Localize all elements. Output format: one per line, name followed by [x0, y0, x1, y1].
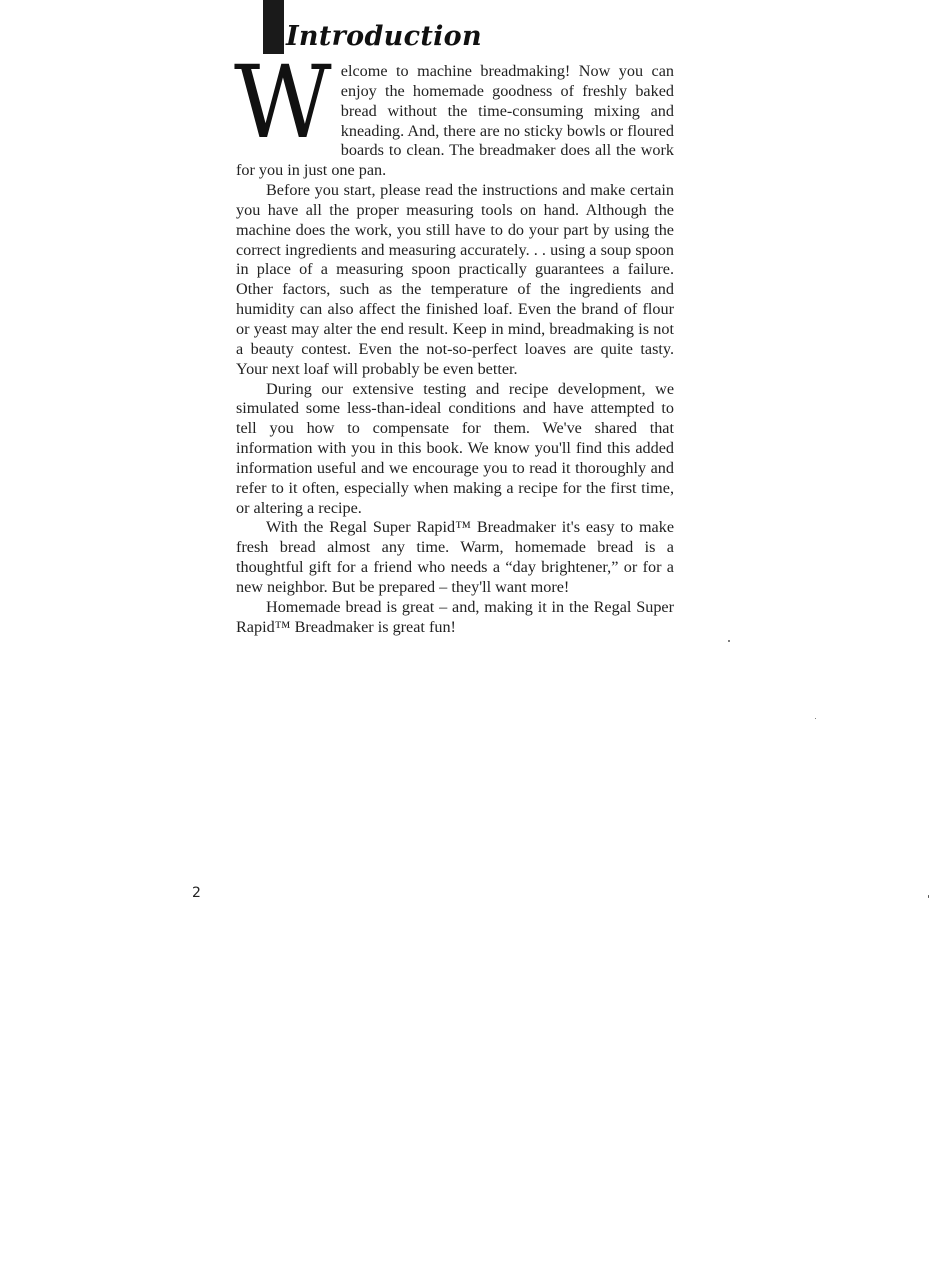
paragraph-3: During our extensive testing and recipe … [236, 380, 674, 519]
scan-speck [928, 895, 929, 898]
paragraph-5: Homemade bread is great – and, making it… [236, 598, 674, 638]
page-number: 2 [192, 885, 201, 901]
scan-speck [815, 718, 816, 719]
paragraph-1: Welcome to machine breadmaking! Now you … [236, 62, 674, 181]
paragraph-2: Before you start, please read the instru… [236, 181, 674, 379]
scan-speck [728, 640, 730, 642]
drop-cap: W [234, 64, 332, 144]
intro-body: Welcome to machine breadmaking! Now you … [236, 62, 674, 637]
paragraph-4: With the Regal Super Rapid™ Breadmaker i… [236, 518, 674, 597]
